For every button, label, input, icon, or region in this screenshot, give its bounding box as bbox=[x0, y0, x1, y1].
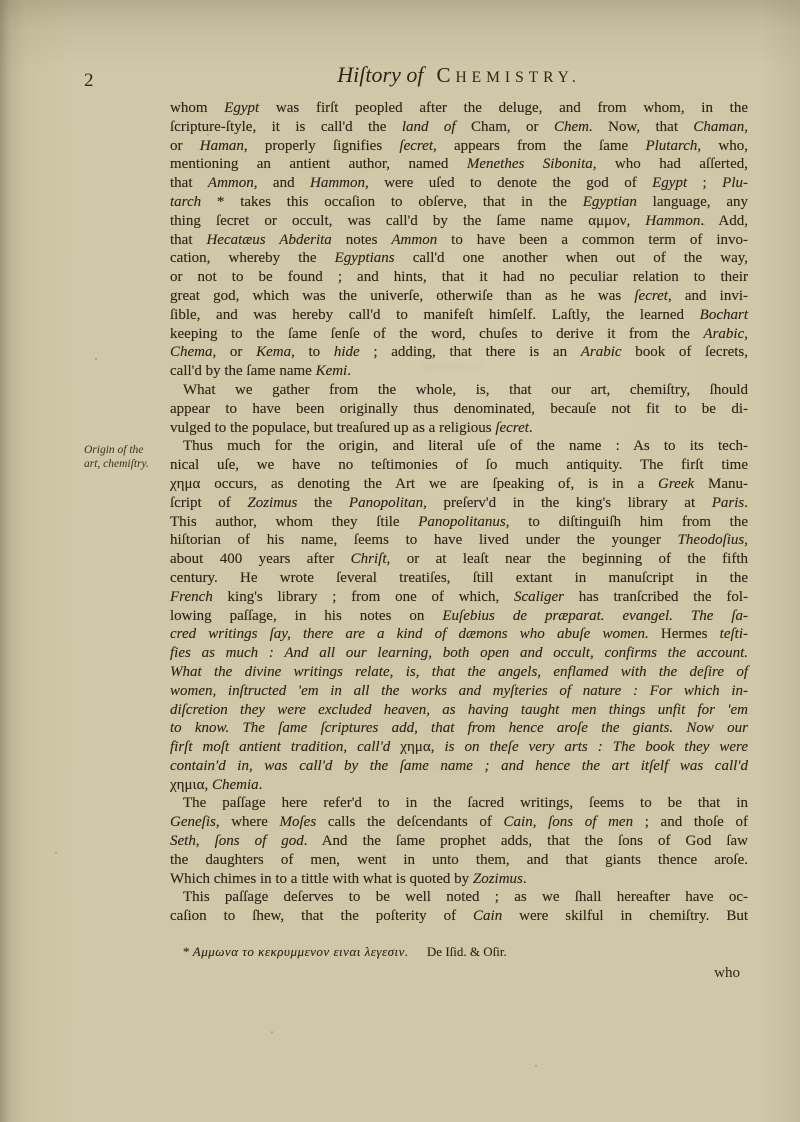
text-line: χημια, Chemia. bbox=[170, 776, 748, 795]
footnote-citation: De Iſid. & Oſir. bbox=[427, 944, 507, 959]
text-line: fies as much : And all our learning, bot… bbox=[170, 644, 748, 663]
text-line: caſion to ſhew, that the poſterity of Ca… bbox=[170, 907, 748, 926]
text-line: cation, whereby the Egyptians call'd one… bbox=[170, 249, 748, 268]
footnote-greek-text: Αμμωνα το κεκρυμμενον ειναι λεγεσιν. bbox=[193, 944, 409, 959]
text-line: or not to be found ; and hints, that it … bbox=[170, 268, 748, 287]
footnote: * Αμμωνα το κεκρυμμενον ειναι λεγεσιν. D… bbox=[170, 944, 748, 960]
text-line: ſcript of Zozimus the Panopolitan, preſe… bbox=[170, 494, 748, 513]
text-line: The paſſage here refer'd to in the ſacre… bbox=[170, 794, 748, 813]
text-line: χημα occurs, as denoting the Art we are … bbox=[170, 475, 748, 494]
text-line: that Ammon, and Hammon, were uſed to den… bbox=[170, 174, 748, 193]
text-line: whom Egypt was firſt peopled after the d… bbox=[170, 99, 748, 118]
text-line: lowing paſſage, in his notes on Euſebius… bbox=[170, 607, 748, 626]
margin-note-line: art, chemiſtry. bbox=[84, 458, 172, 472]
margin-note: Origin of the art, chemiſtry. bbox=[84, 444, 172, 471]
text-line: tarch * takes this occaſion to obſerve, … bbox=[170, 193, 748, 212]
text-line: Geneſis, where Moſes calls the deſcendan… bbox=[170, 813, 748, 832]
text-line: thing ſecret or occult, was call'd by th… bbox=[170, 212, 748, 231]
running-title-italic: Hiſtory of bbox=[337, 62, 423, 87]
text-line: women, inſtructed 'em in all the works a… bbox=[170, 682, 748, 701]
book-page: ‖‖‖‖‖‖‖‖‖‖ ‖‖‖‖‖‖‖‖ 2 Hiſtory of CHEMIST… bbox=[0, 0, 800, 1122]
margin-note-line: Origin of the bbox=[84, 444, 172, 458]
body-text: whom Egypt was firſt peopled after the d… bbox=[170, 99, 748, 926]
text-line: hiſtorian of his name, ſeems to have liv… bbox=[170, 531, 748, 550]
text-line: to know. The ſame ſcriptures add, that f… bbox=[170, 719, 748, 738]
text-line: the daughters of men, went in unto them,… bbox=[170, 851, 748, 870]
catchword: who bbox=[170, 965, 748, 982]
text-line: This author, whom they ſtile Panopolitan… bbox=[170, 513, 748, 532]
text-line: Seth, ſons of god. And the ſame prophet … bbox=[170, 832, 748, 851]
text-line: great god, which was the univerſe, other… bbox=[170, 287, 748, 306]
text-line: This paſſage deſerves to be well noted ;… bbox=[170, 888, 748, 907]
text-line: about 400 years after Chriſt, or at leaſ… bbox=[170, 550, 748, 569]
text-line: Which chimes in to a tittle with what is… bbox=[170, 870, 748, 889]
text-line: vulged to the populace, but treaſured up… bbox=[170, 419, 748, 438]
text-line: Thus much for the origin, and literal uſ… bbox=[170, 437, 748, 456]
text-line: or Haman, properly ſignifies ſecret, app… bbox=[170, 137, 748, 156]
text-line: Chema, or Kema, to hide ; adding, that t… bbox=[170, 343, 748, 362]
text-line: What we gather from the whole, is, that … bbox=[170, 381, 748, 400]
text-line: appear to have been originally thus deno… bbox=[170, 400, 748, 419]
running-title-caps: CHEMISTRY. bbox=[436, 63, 580, 88]
text-line: century. He wrote ſeveral treatiſes, ſti… bbox=[170, 569, 748, 588]
text-line: call'd by the ſame name Kemi. bbox=[170, 362, 748, 381]
text-line: mentioning an antient author, named Mene… bbox=[170, 155, 748, 174]
text-line: ſcripture-ſtyle, it is call'd the land o… bbox=[170, 118, 748, 137]
text-line: nical uſe, we have no teſtimonies of ſo … bbox=[170, 456, 748, 475]
text-line: that Hecatæus Abderita notes Ammon to ha… bbox=[170, 231, 748, 250]
text-line: diſcretion they were excluded heaven, as… bbox=[170, 701, 748, 720]
text-line: ſible, and was hereby call'd to manifeſt… bbox=[170, 306, 748, 325]
footnote-marker: * bbox=[183, 944, 190, 959]
text-line: cred writings ſay, there are a kind of d… bbox=[170, 625, 748, 644]
text-line: contain'd in, was call'd by the ſame nam… bbox=[170, 757, 748, 776]
text-line: What the divine writings relate, is, tha… bbox=[170, 663, 748, 682]
text-line: firſt moſt antient tradition, call'd χημ… bbox=[170, 738, 748, 757]
running-title: Hiſtory of CHEMISTRY. bbox=[170, 62, 748, 88]
page-number: 2 bbox=[84, 70, 94, 92]
text-line: French king's library ; from one of whic… bbox=[170, 588, 748, 607]
text-line: keeping to the ſame ſenſe of the word, c… bbox=[170, 325, 748, 344]
